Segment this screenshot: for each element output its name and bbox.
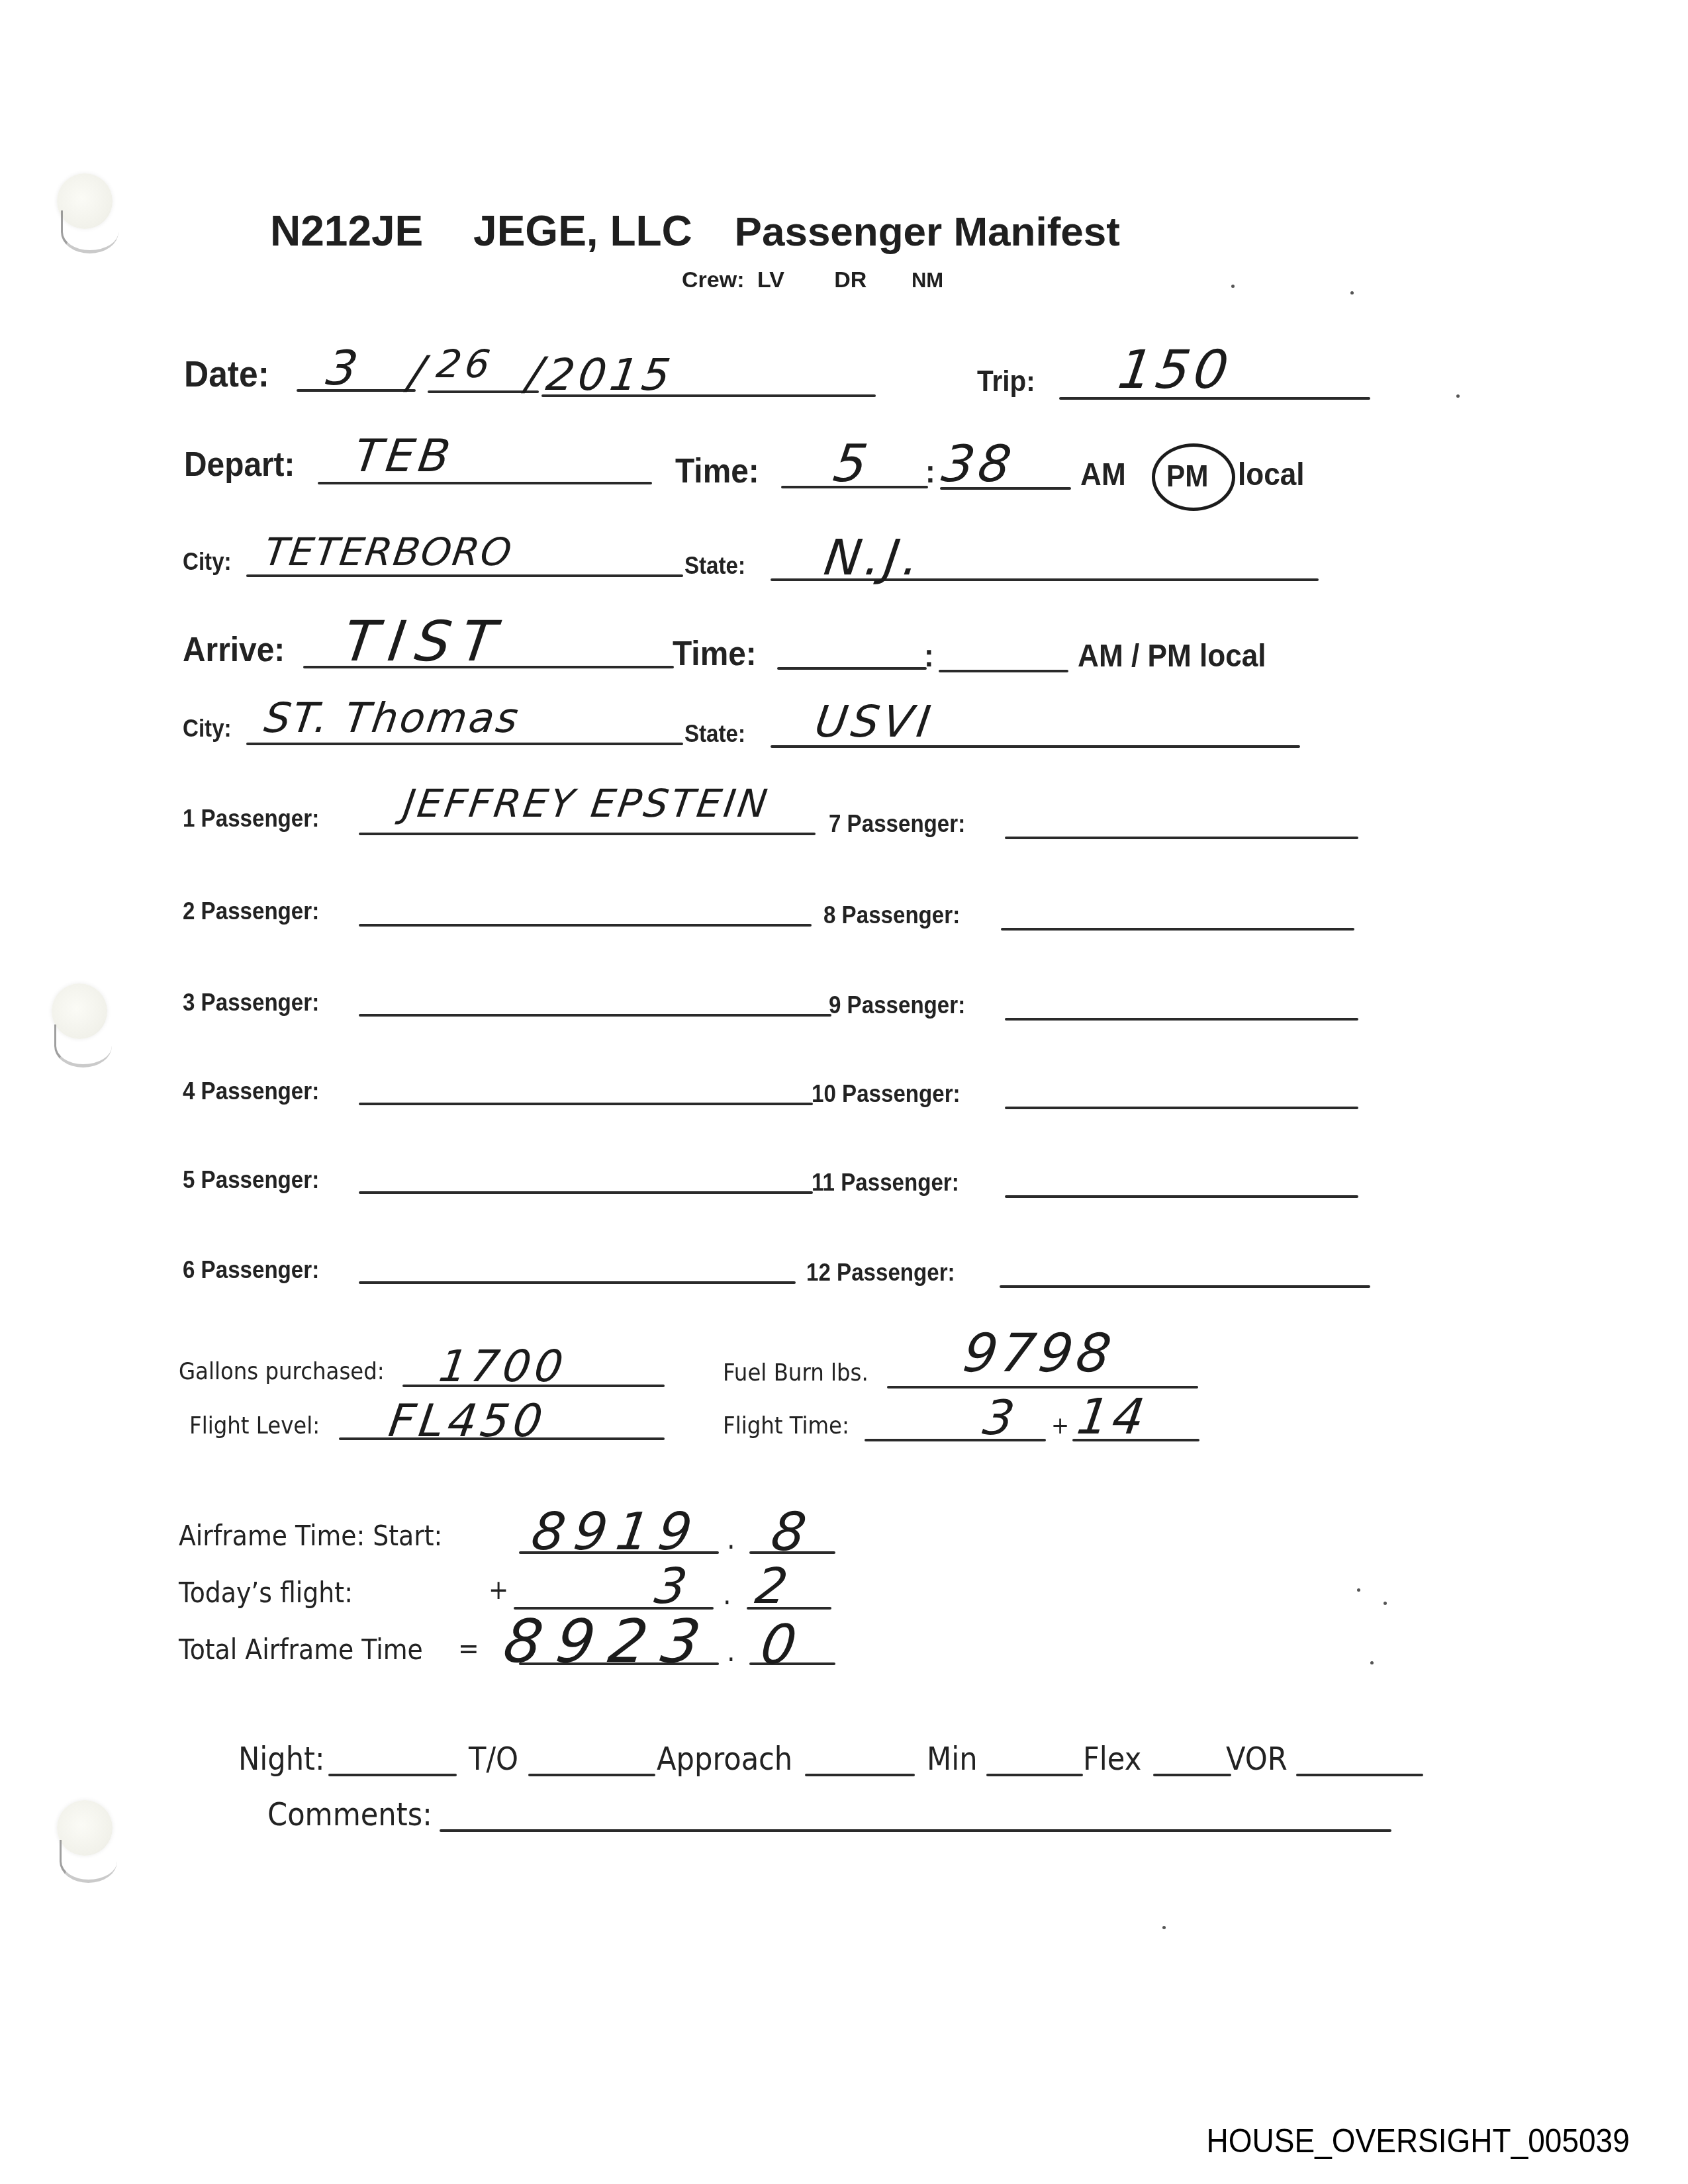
passenger-2-label: 2 Passenger:: [183, 897, 319, 925]
scan-speck: [1350, 291, 1354, 295]
night-field[interactable]: [328, 1774, 457, 1776]
total-airframe-dot: .: [727, 1635, 735, 1668]
total-airframe-label: Total Airframe Time: [179, 1633, 423, 1666]
arrive-state-value: USVI: [812, 696, 938, 747]
date-day-field[interactable]: [428, 390, 539, 393]
date-label: Date:: [184, 352, 269, 395]
company-name: JEGE, LLC: [473, 207, 692, 255]
passenger-1-label: 1 Passenger:: [183, 805, 319, 833]
todays-flight-plus: +: [489, 1575, 508, 1606]
passenger-9-field[interactable]: [1005, 1018, 1358, 1021]
depart-hour-value: 5: [830, 434, 875, 494]
arrive-state-label: State:: [684, 720, 745, 748]
flight-time-minutes-value: 14: [1074, 1388, 1152, 1445]
flight-time-hours-value: 3: [980, 1390, 1022, 1445]
flight-level-label: Flight Level:: [189, 1412, 320, 1439]
bates-number: HOUSE_OVERSIGHT_005039: [1207, 2122, 1630, 2160]
depart-time-colon: :: [925, 454, 935, 490]
flight-time-label: Flight Time:: [723, 1412, 849, 1439]
fuel-burn-value: 9798: [959, 1322, 1119, 1384]
passenger-11-label: 11 Passenger:: [812, 1169, 959, 1197]
arrive-time-label: Time:: [673, 634, 757, 674]
airframe-start-dot: .: [727, 1522, 735, 1556]
passenger-1-field[interactable]: [359, 833, 816, 835]
arrive-value: TIST: [340, 609, 510, 674]
crew-row: Crew: LV DR NM: [682, 267, 943, 293]
passenger-3-label: 3 Passenger:: [183, 989, 319, 1017]
scan-speck: [1357, 1588, 1360, 1592]
min-field[interactable]: [986, 1774, 1083, 1776]
passenger-9-label: 9 Passenger:: [829, 991, 965, 1019]
takeoff-field[interactable]: [528, 1774, 655, 1776]
gallons-value: 1700: [436, 1341, 571, 1392]
scan-speck: [1383, 1602, 1387, 1605]
approach-label: Approach: [657, 1741, 792, 1778]
arrive-city-field[interactable]: [246, 743, 683, 745]
min-label: Min: [927, 1741, 978, 1778]
depart-label: Depart:: [184, 445, 295, 484]
flight-time-plus: +: [1051, 1412, 1069, 1439]
passenger-8-label: 8 Passenger:: [823, 901, 960, 929]
total-airframe-equals: =: [458, 1632, 479, 1664]
passenger-7-field[interactable]: [1005, 837, 1358, 839]
date-month-value: 3: [323, 340, 365, 396]
scan-speck: [1456, 394, 1460, 398]
passenger-10-label: 10 Passenger:: [812, 1080, 961, 1108]
todays-flight-label: Today’s flight:: [179, 1576, 353, 1609]
depart-state-label: State:: [684, 552, 745, 580]
passenger-6-field[interactable]: [359, 1281, 796, 1284]
scan-speck: [1370, 1661, 1374, 1664]
pm-selected-circle: [1152, 443, 1235, 511]
arrive-minute-field[interactable]: [939, 670, 1068, 672]
arrive-time-colon: :: [924, 638, 934, 674]
trip-label: Trip:: [977, 365, 1035, 398]
total-airframe-whole-value: 8923: [500, 1607, 720, 1676]
passenger-2-field[interactable]: [359, 924, 812, 927]
crew-label: Crew:: [682, 267, 744, 293]
depart-city-value: TETERBORO: [261, 529, 515, 574]
trip-value: 150: [1114, 339, 1236, 400]
passenger-12-field[interactable]: [1000, 1285, 1370, 1288]
flight-time-hours-field[interactable]: [865, 1439, 1046, 1441]
passenger-6-label: 6 Passenger:: [183, 1256, 319, 1284]
passenger-4-label: 4 Passenger:: [183, 1077, 319, 1105]
passenger-1-value: JEFFREY EPSTEIN: [400, 781, 773, 826]
depart-am-option[interactable]: AM: [1080, 457, 1126, 493]
form-title: Passenger Manifest: [735, 209, 1120, 255]
fuel-burn-label: Fuel Burn lbs.: [723, 1359, 868, 1387]
arrive-label: Arrive:: [183, 630, 285, 670]
passenger-7-label: 7 Passenger:: [829, 810, 965, 838]
scan-speck: [1162, 1926, 1166, 1929]
passenger-5-label: 5 Passenger:: [183, 1166, 319, 1194]
crew-member: LV: [757, 267, 784, 293]
flight-level-value: FL450: [385, 1395, 549, 1447]
depart-value: TEB: [351, 430, 457, 482]
passenger-5-field[interactable]: [359, 1191, 813, 1194]
arrive-meridiem-label[interactable]: AM / PM local: [1078, 638, 1266, 674]
passenger-8-field[interactable]: [1001, 928, 1354, 931]
date-year-value: 2015: [543, 349, 678, 400]
airframe-start-label: Airframe Time: Start:: [179, 1520, 442, 1552]
gallons-label: Gallons purchased:: [179, 1358, 385, 1385]
depart-city-field[interactable]: [246, 574, 683, 577]
passenger-12-label: 12 Passenger:: [806, 1259, 955, 1287]
arrive-city-label: City:: [183, 715, 232, 743]
form-header: N212JE JEGE, LLC Passenger Manifest: [270, 206, 1120, 255]
arrive-hour-field[interactable]: [777, 667, 927, 670]
depart-city-label: City:: [183, 548, 232, 576]
night-label: Night:: [238, 1741, 325, 1778]
hole-punch-bottom-shadow: [60, 1840, 117, 1883]
flex-label: Flex: [1083, 1741, 1141, 1778]
flex-field[interactable]: [1153, 1774, 1231, 1776]
date-day-value: 26: [434, 341, 496, 387]
crew-member: DR: [834, 267, 867, 293]
depart-local-label: local: [1238, 457, 1305, 493]
depart-state-value: N.J.: [821, 529, 927, 586]
vor-field[interactable]: [1296, 1774, 1423, 1776]
todays-flight-dot: .: [723, 1578, 731, 1612]
passenger-3-field[interactable]: [359, 1014, 831, 1017]
crew-member: NM: [912, 269, 943, 292]
comments-label: Comments:: [267, 1796, 432, 1833]
approach-field[interactable]: [805, 1774, 915, 1776]
vor-label: VOR: [1226, 1741, 1288, 1778]
comments-field[interactable]: [440, 1829, 1391, 1832]
depart-minute-value: 38: [939, 434, 1019, 493]
arrive-city-value: ST. Thomas: [261, 694, 523, 742]
passenger-10-field[interactable]: [1005, 1107, 1358, 1109]
scan-speck: [1231, 285, 1235, 288]
passenger-4-field[interactable]: [359, 1103, 813, 1105]
depart-time-label: Time:: [675, 451, 759, 491]
takeoff-label: T/O: [469, 1741, 518, 1778]
hole-punch-top-shadow: [61, 210, 118, 253]
passenger-11-field[interactable]: [1005, 1195, 1358, 1198]
tail-number: N212JE: [270, 207, 423, 255]
total-airframe-tenth-value: 0: [757, 1614, 804, 1676]
hole-punch-middle-shadow: [54, 1024, 112, 1068]
airframe-start-whole-value: 8919: [528, 1502, 705, 1562]
